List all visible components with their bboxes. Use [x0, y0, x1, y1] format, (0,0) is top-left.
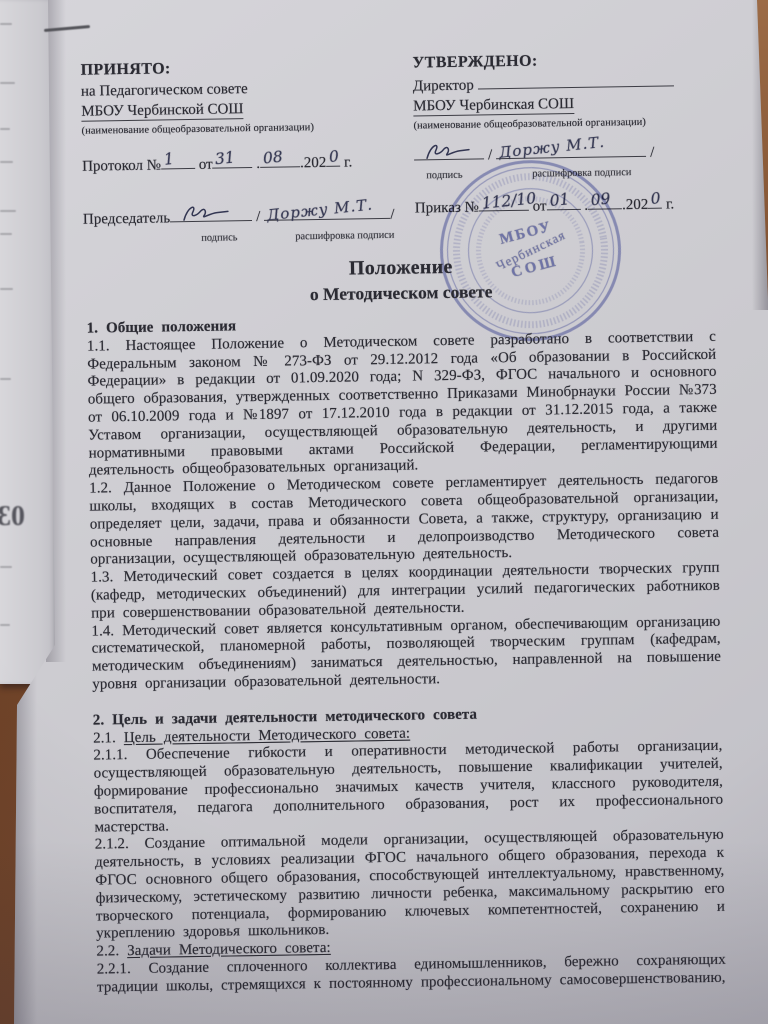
paragraph-1-1: 1.1. Настоящее Положение о Методическом … — [87, 329, 718, 481]
show-through-mark — [0, 624, 10, 626]
protocol-number-blank: 1 — [161, 152, 195, 169]
from-label: от — [199, 156, 213, 172]
year-prefix: .202 — [622, 196, 648, 212]
paragraph-2-2-number: 2.2. — [96, 943, 127, 959]
protocol-year-handwritten: 0 — [328, 146, 340, 167]
slash-separator: / — [252, 209, 264, 225]
slash-separator: / — [484, 147, 496, 163]
accepted-org-note: (наименование общеобразовательной органи… — [81, 119, 411, 137]
order-year-handwritten: 0 — [650, 188, 662, 209]
protocol-month-handwritten: 08 — [262, 147, 284, 169]
show-through-mark — [0, 233, 12, 235]
signature-caption: подпись — [201, 228, 238, 249]
show-through-text: 03 — [0, 501, 25, 533]
document-body: 1. Общие положения 1.1. Настоящее Положе… — [87, 311, 727, 997]
paragraph-1-2: 1.2. Данное Положение о Методическом сов… — [89, 471, 719, 570]
protocol-number-handwritten: 1 — [163, 149, 175, 170]
show-through-mark — [0, 566, 12, 568]
paragraph-2-1-number: 2.1. — [93, 730, 124, 746]
accepted-block: ПРИНЯТО: на Педагогическом совете МБОУ Ч… — [80, 56, 413, 244]
approved-org-name: МБОУ Чербинская СОШ — [413, 95, 574, 117]
show-through-mark — [0, 161, 13, 163]
slash-separator: / — [646, 144, 658, 160]
slash-separator: / — [390, 207, 394, 223]
show-through-mark — [0, 210, 16, 212]
paragraph-1-3: 1.3. Методический совет создается в целя… — [90, 560, 720, 623]
director-signature — [422, 140, 474, 163]
director-label: Директор — [413, 77, 474, 94]
show-through-mark — [0, 128, 10, 130]
chairman-signature-blank — [170, 205, 252, 222]
protocol-day-handwritten: 31 — [215, 148, 237, 170]
protocol-month-blank: 08 — [260, 151, 300, 168]
paragraph-2-1-2: 2.1.2. Создание оптимальной модели орган… — [95, 827, 726, 944]
paragraph-1-4: 1.4. Методический совет является консуль… — [91, 613, 721, 694]
protocol-day-blank: 31 — [212, 152, 252, 169]
show-through-mark — [0, 23, 12, 25]
accepted-org-name: МБОУ Чербинской СОШ — [81, 100, 244, 122]
chairman-signature — [178, 202, 234, 225]
year-prefix: .202 — [300, 154, 326, 170]
show-through-mark — [0, 288, 13, 290]
protocol-year-blank: 0 — [326, 150, 340, 166]
year-label: г. — [666, 196, 674, 212]
year-label: г. — [344, 154, 352, 170]
order-year-blank: 0 — [648, 192, 662, 208]
chairman-name-blank: Доржу М.Т. — [264, 203, 390, 221]
protocol-label: Протокол № — [82, 157, 161, 174]
director-name-blank — [477, 70, 673, 89]
protocol-row: Протокол №1 от31 .08.2020 г. — [82, 149, 412, 177]
show-through-mark — [0, 378, 11, 380]
paragraph-2-1-1: 2.1.1. Обеспечение гибкости и оперативно… — [93, 738, 723, 837]
director-signature-blank — [414, 143, 484, 160]
chairman-label: Председатель — [83, 210, 170, 227]
show-through-mark — [0, 82, 15, 84]
photographed-document: 03 ПРИНЯТО: на Педагогическом совете МБО… — [0, 0, 768, 1024]
approved-org-note: (наименование общеобразовательной органи… — [413, 114, 748, 132]
chairman-name-handwritten: Доржу М.Т. — [266, 194, 374, 225]
name-caption: расшифровка подписи — [295, 225, 394, 247]
underlying-sheet: 03 — [0, 0, 57, 684]
paragraph-2-2-underlined: Задачи Методического совета: — [127, 940, 331, 959]
document-page: ПРИНЯТО: на Педагогическом совете МБОУ Ч… — [0, 0, 768, 1024]
page-content: ПРИНЯТО: на Педагогическом совете МБОУ Ч… — [0, 0, 768, 1024]
document-title: Положение о Методическом совете — [86, 250, 717, 310]
